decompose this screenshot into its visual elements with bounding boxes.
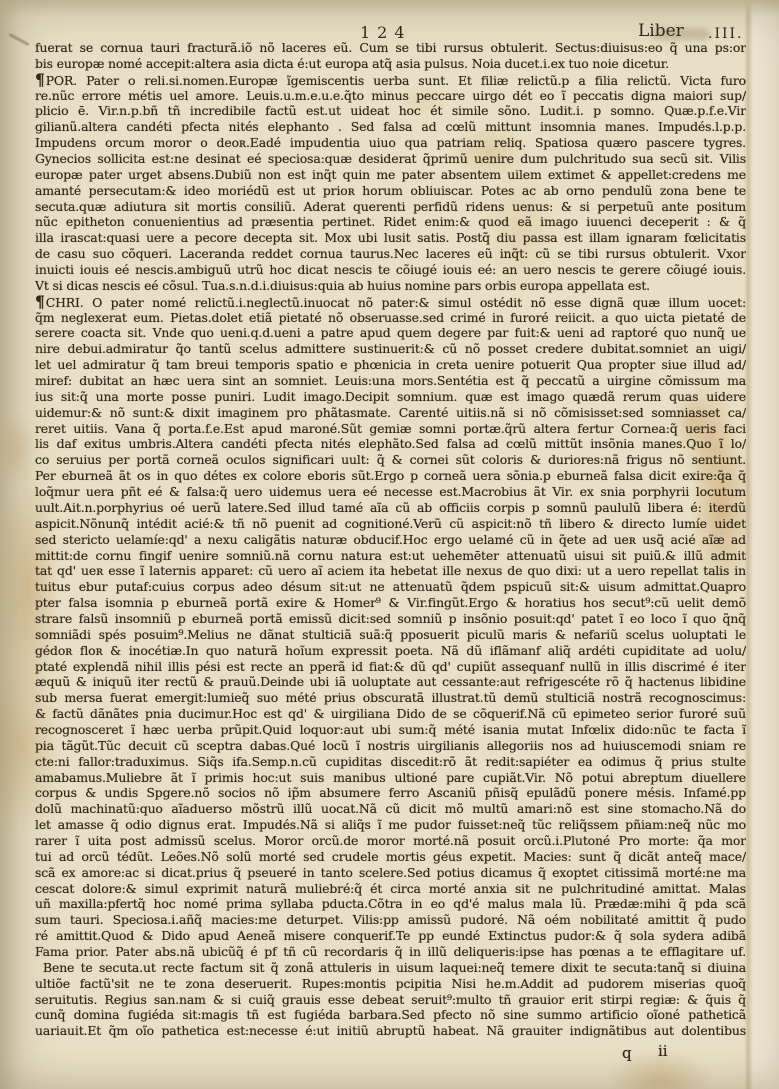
text-line: ¶POR. Pater o reli.si.nomen.Europæ ĩgemi… [35, 72, 746, 88]
text-line: & factũ dãnãtes pnia ducimur.Hoc est qd'… [35, 706, 746, 722]
text-line: scã ex amore:ac si dicat.prius q̃ pseuer… [35, 865, 746, 881]
text-line: lis daf exitus umbris.Altera candéti pfe… [35, 436, 746, 452]
text-line: amanté persecutam:& ideo moriédũ est ut … [35, 183, 746, 199]
text-line: cte:ni fallor:traduximus. Siq̃s ifa.Semp… [35, 754, 746, 770]
text-line: co seruius per portã corneã oculos signi… [35, 452, 746, 468]
text-line: Impudens orcum moror o deoʀ.Eadé impuden… [35, 135, 746, 151]
text-line: gilianũ.altera candéti pfecta nités elep… [35, 119, 746, 135]
text-line: let uel admiratur q̃ tam breui temporis … [35, 357, 746, 373]
text-line: aspicit.Nõnunq̃ intédit acié:& tñ nõ pue… [35, 516, 746, 532]
text-line: gédoʀ floʀ & inocétiæ.In quo naturã hoĩu… [35, 643, 746, 659]
text-line: Bene te secuta.ut recte factum sit q̃ zo… [35, 960, 746, 976]
text-line: amabamus.Muliebre ãt ĩ primis hoc:ut sui… [35, 770, 746, 786]
text-line: reret uitiis. Vana q̃ porta.f.e.Est apud… [35, 421, 746, 437]
text-line: uidemur:& nõ sunt:& dixit imaginem pro p… [35, 405, 746, 421]
text-line: Per eburneã ãt os in quo détes ex colore… [35, 468, 746, 484]
text-line: somniãdi spés posuim⁹.Melius ne dãnat st… [35, 627, 746, 643]
text-line: bis europæ nomé accepit:altera asia dict… [35, 56, 746, 72]
signature-mark-right: ii [658, 1042, 668, 1060]
text-line: Vt si dicas nescis eé cõsul. Tua.s.n.d.i… [35, 278, 746, 294]
text-line: uult.Ait.n.porphyrius oé uerũ latere.Sed… [35, 500, 746, 516]
paragraph-mark-icon: ¶ [35, 294, 46, 310]
text-line: ptaté explendã nihil illis pési est rect… [35, 659, 746, 675]
text-line: ré amittit.Quod & Dido apud Aeneã misere… [35, 928, 746, 944]
running-header-book: Liber [638, 21, 684, 41]
pen-mark [9, 33, 30, 46]
text-line: strare falsũ insomniũ p eburneã portã em… [35, 611, 746, 627]
text-line: ultiõe factũ'sit ne te zona deseruerit. … [35, 976, 746, 992]
text-line: miref: dubitat an hæc uera sint an somni… [35, 373, 746, 389]
text-line: pia tãgũt.Tũc decuit cũ sceptra dabas.Qu… [35, 738, 746, 754]
text-line: europæ pater urget absens.Dubiũ non est … [35, 167, 746, 183]
text-line: seruitutis. Regius san.nam & si cuiq̃ gr… [35, 992, 746, 1008]
text-line: sub mersa fuerat emergit:lumieq̃ suo mét… [35, 690, 746, 706]
text-line: de casu suo cõqueri. Laceranda reddet co… [35, 246, 746, 262]
text-line: dolũ machinatũ:quo aĩaduerso mõstrũ illũ… [35, 801, 746, 817]
text-line: Fama prior. Pater abs.nã ubicũq̃ é pf tñ… [35, 944, 746, 960]
paragraph-mark-icon: ¶ [35, 72, 46, 88]
text-line: let amasse q̃ odio dignus erat. Impudés.… [35, 817, 746, 833]
text-line: tuitus ebur putaf:cuius corpus adeo désu… [35, 579, 746, 595]
text-line: sum tauri. Speciosa.i.añq̃ macies:me det… [35, 912, 746, 928]
text-line: plicio ē. Vir.n.p.bñ tñ incredibile fact… [35, 103, 746, 119]
text-line: pter falsa isomnia p eburneã portã exire… [35, 595, 746, 611]
text-line: cunq̃ domina fugiéda sit:magis tñ est fu… [35, 1007, 746, 1023]
text-line: nũc epitheton conuenientius ad præsentia… [35, 214, 746, 230]
text-line: inuicti iouis eé nescis.ambiguũ utrũ hoc… [35, 262, 746, 278]
text-line: rarer ĩ uita post admissũ scelus. Moror … [35, 833, 746, 849]
text-line: cescat dolore:& simul exprimit naturã mu… [35, 881, 746, 897]
text-block: fuerat se cornua tauri fracturã.iõ nõ la… [35, 40, 746, 1039]
text-line: sed stericto uelamíe:qd' a nexu caligãti… [35, 532, 746, 548]
book-page-scan: 124 Liber .III. fuerat se cornua tauri f… [0, 0, 779, 1089]
text-line: uariauit.Et q̃m oĩo pathetica est:necess… [35, 1023, 746, 1039]
text-line: secuta.quæ adiutura sit mortis consiliũ.… [35, 199, 746, 215]
text-line: ius sit:q̃ una morte posse puniri. Ludit… [35, 389, 746, 405]
text-line: Gynecios sollicita est:ne desinat eé spe… [35, 151, 746, 167]
signature-mark-left: q [622, 1044, 632, 1062]
text-line: re.nũc errore métis uel amore. Leuis.u.m… [35, 88, 746, 104]
text-line: q̃m neglexerat eum. Pietas.dolet etiã pi… [35, 310, 746, 326]
text-line: nire debui.admiratur q̃o tantũ scelus ad… [35, 341, 746, 357]
text-line: uñ maxilla:pfertq̃ hoc nomé prima syllab… [35, 896, 746, 912]
text-line: recognosceret ĩ hæc uerba prũpit.Quid lo… [35, 722, 746, 738]
text-line: loq̃mur uera pñt eé & falsa:q̃ uero uide… [35, 484, 746, 500]
text-line: fuerat se cornua tauri fracturã.iõ nõ la… [35, 40, 746, 56]
text-line: tat qd' ueʀ esse ĩ laternis apparet: cũ … [35, 563, 746, 579]
text-line: illa irascat:quasi uere a pecore decepta… [35, 230, 746, 246]
text-line: æquũ & iniquũ iter rectũ & prauũ.Deinde … [35, 674, 746, 690]
text-line: ¶CHRI. O pater nomé relictũ.i.neglectũ.i… [35, 294, 746, 310]
text-line: corpus & undis Spgere.nõ socios nõ ip̃m … [35, 785, 746, 801]
text-line: tui ad orcũ tédũt. Leões.Nõ solũ morté s… [35, 849, 746, 865]
text-line: mittit:de cornu fingif uenire somniũ.nã … [35, 548, 746, 564]
text-line: serere coacta sit. Vnde quo ueni.q.d.uen… [35, 325, 746, 341]
